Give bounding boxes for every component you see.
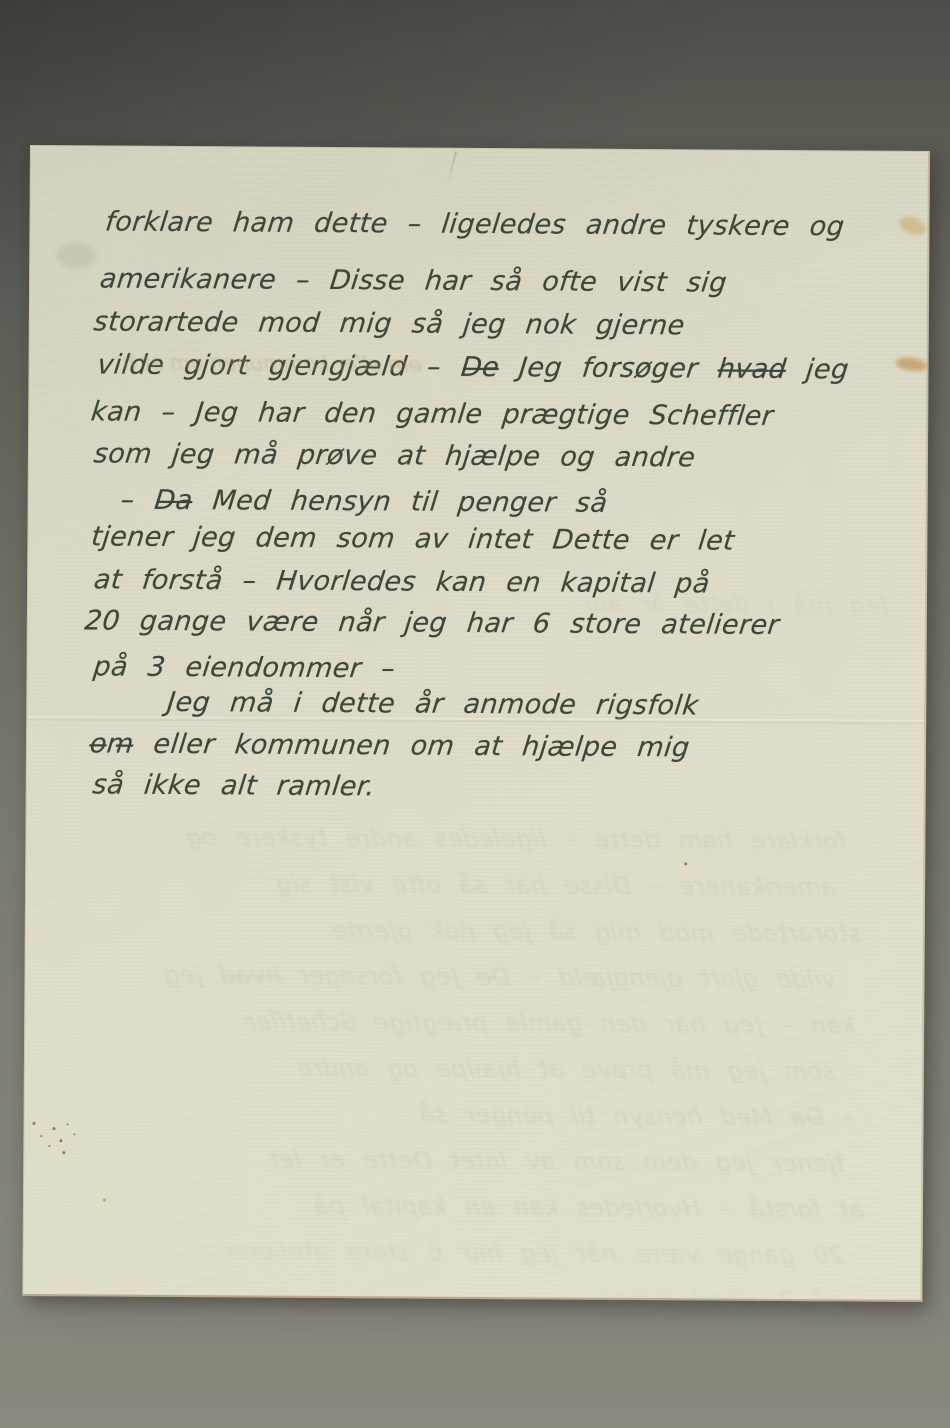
- handwriting-line: o̶m̶ eller kommunen om at hjælpe mig: [88, 728, 691, 763]
- bleed-through-text: storartede mod mig så jeg nok gjerne: [79, 914, 862, 947]
- paper-tear: [447, 151, 457, 184]
- bleed-through-text: – D̶a̶ Med hensyn til penger så: [93, 1098, 856, 1131]
- handwriting-line: tjener jeg dem som av intet Dette er let: [90, 521, 736, 556]
- fold-crease: [27, 716, 924, 724]
- ink-speck: [684, 862, 687, 865]
- stain: [895, 356, 929, 374]
- ink-speck: [66, 1123, 68, 1125]
- handwriting-line: storartede mod mig så jeg nok gjerne: [92, 306, 686, 341]
- ink-speck: [40, 1135, 42, 1137]
- handwriting-line: amerikanere – Disse har så ofte vist sig: [98, 263, 728, 298]
- stain: [897, 213, 929, 238]
- ink-speck: [62, 1151, 65, 1154]
- ink-speck: [33, 1122, 36, 1125]
- bleed-through-text: tjener jeg dem som av intet Dette er let: [123, 1145, 846, 1178]
- handwriting-line: forklare ham dette – ligeledes andre tys…: [104, 207, 846, 243]
- handwriting-line: som jeg må prøve at hjælpe og andre: [92, 438, 697, 473]
- bleed-through-text: Jeg må i dette år anmode rigsfolk: [587, 590, 890, 620]
- bleed-through-text: amerikanere – Disse har så ofte vist sig: [135, 869, 838, 902]
- ink-speck: [48, 1145, 50, 1147]
- ink-speck: [52, 1127, 55, 1130]
- bleed-through-text: forklare ham dette – ligeledes andre tys…: [85, 822, 848, 855]
- ink-speck: [73, 1133, 75, 1135]
- bleed-through-text: som jeg må prøve at hjælpe og andre: [154, 1053, 837, 1086]
- handwriting-line: på 3 eiendommer –: [92, 651, 397, 684]
- stain: [56, 242, 96, 268]
- bleed-through-text: 20 gange være når jeg har 6 store atelie…: [142, 1237, 845, 1270]
- bleed-through-text: på 3 eiendommer –: [102, 1283, 845, 1316]
- bleed-through-text: at forstå – Hvorledes kan en kapital på: [83, 1190, 866, 1223]
- bleed-through-text: kan – Jeg har den gamle prægtige Scheffl…: [84, 1006, 857, 1039]
- letter-photograph: { "photo": { "backdrop_color": "#72726a"…: [0, 0, 950, 1428]
- handwriting-line: så ikke alt ramler.: [91, 769, 377, 802]
- bleed-through-text: vilde gjort gjengjæld – D̶e̶ Jeg forsøge…: [114, 961, 837, 994]
- letter-paper: forklare ham dette – ligeledes andre tys…: [22, 145, 930, 1302]
- ink-speck: [103, 1199, 106, 1202]
- sepia-bleed-through-text: o̶m̶ eller kommunen om at hjælpe mig: [120, 351, 422, 377]
- handwriting-line: – D̶a̶ Med hensyn til penger så: [119, 485, 609, 519]
- ink-speck: [59, 1139, 62, 1142]
- handwriting-line: kan – Jeg har den gamle prægtige Scheffl…: [89, 396, 775, 432]
